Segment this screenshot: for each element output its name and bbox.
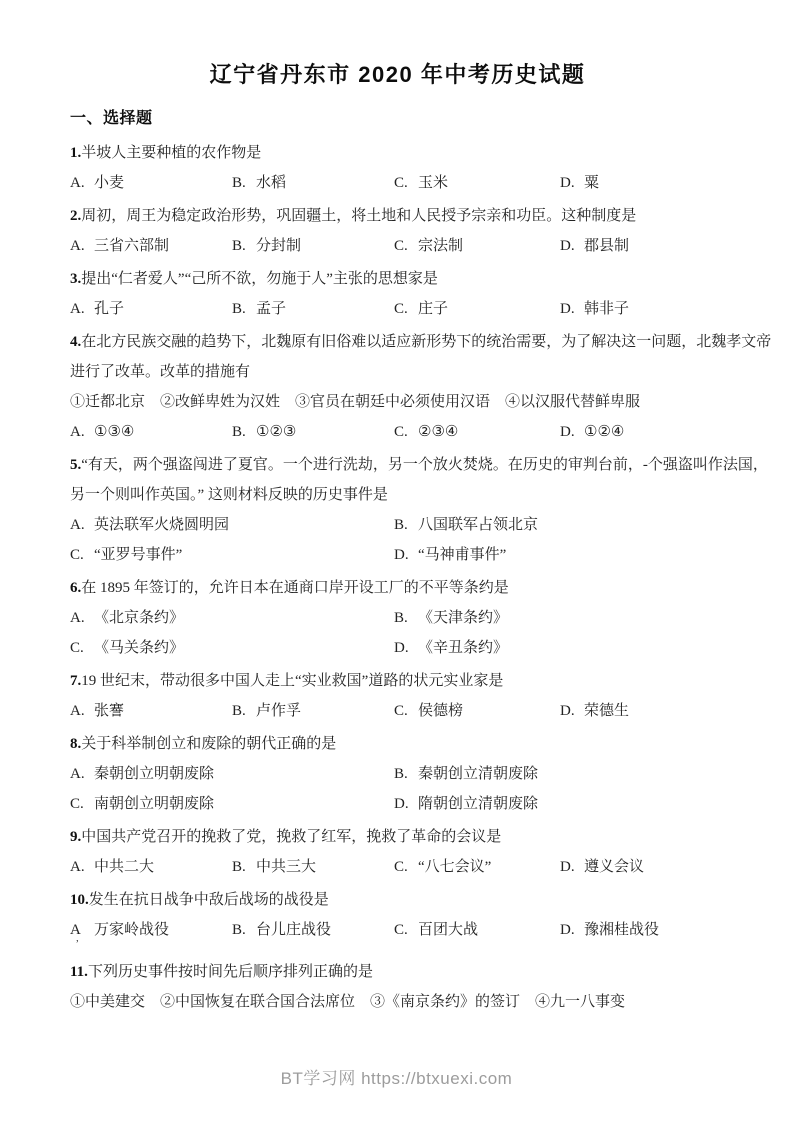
option-item: A万家岭战役 (70, 915, 232, 945)
option-item: B.①②③ (232, 417, 394, 447)
option-item: B.《天津条约》 (394, 603, 725, 633)
option-text: 豫湘桂战役 (584, 922, 659, 938)
option-item: C.宗法制 (394, 231, 560, 261)
option-item: D.《辛丑条约》 (394, 633, 725, 663)
option-key: B. (232, 915, 256, 945)
option-key: D. (394, 540, 418, 570)
option-text: 遵义会议 (584, 859, 644, 875)
option-item: A.小麦 (70, 168, 232, 198)
question: 11.下列历史事件按时间先后顺序排列正确的是①中美建交 ②中国恢复在联合国合法席… (70, 957, 725, 1017)
question-stem-line: 7.19 世纪末，带动很多中国人走上“实业救国”道路的状元实业家是 (70, 666, 725, 696)
option-item: D.豫湘桂战役 (560, 915, 725, 945)
option-text: 南朝创立明朝废除 (94, 796, 214, 812)
option-row: A.秦朝创立明朝废除B.秦朝创立清朝废除 (70, 759, 725, 789)
option-item: C.侯德榜 (394, 696, 560, 726)
question-number: 5. (70, 457, 81, 473)
question-stem-line: 4.在北方民族交融的趋势下，北魏原有旧俗难以适应新形势下的统治需要，为了解决这一… (70, 327, 725, 357)
option-item: D.荣德生 (560, 696, 725, 726)
option-row: C.《马关条约》D.《辛丑条约》 (70, 633, 725, 663)
question-stem-text: “有天，两个强盗闯进了夏官。一个进行洗劫，另一个放火焚烧。在历史的审判台前，-个… (81, 457, 768, 473)
option-text: 分封制 (256, 238, 301, 254)
question: 6.在 1895 年签订的，允许日本在通商口岸开设工厂的不平等条约是A.《北京条… (70, 573, 725, 663)
option-key: B. (232, 294, 256, 324)
option-key: C. (394, 915, 418, 945)
question-stem-text: 19 世纪末，带动很多中国人走上“实业救国”道路的状元实业家是 (81, 673, 503, 689)
option-row: C.“亚罗号事件”D.“马神甫事件” (70, 540, 725, 570)
option-row: A.《北京条约》B.《天津条约》 (70, 603, 725, 633)
option-key: B. (394, 510, 418, 540)
option-text: 水稻 (256, 175, 286, 191)
option-row: A.①③④B.①②③C.②③④D.①②④ (70, 417, 725, 447)
question: 8.关于科举制创立和废除的朝代正确的是A.秦朝创立明朝废除B.秦朝创立清朝废除C… (70, 729, 725, 819)
question-stem-line: 9.中国共产党召开的挽救了党，挽救了红军，挽救了革命的会议是 (70, 822, 725, 852)
option-text: 隋朝创立清朝废除 (418, 796, 538, 812)
option-row: C.南朝创立明朝废除D.隋朝创立清朝废除 (70, 789, 725, 819)
option-text: 张謇 (94, 703, 124, 719)
option-text: 《北京条约》 (94, 610, 184, 626)
option-item: B.秦朝创立清朝废除 (394, 759, 725, 789)
option-key: D. (560, 852, 584, 882)
option-key: A. (70, 696, 94, 726)
question: 9.中国共产党召开的挽救了党，挽救了红军，挽救了革命的会议是A.中共二大B.中共… (70, 822, 725, 882)
option-text: 宗法制 (418, 238, 463, 254)
question-stem-text: 发生在抗日战争中敌后战场的战役是 (89, 892, 329, 908)
option-key: D. (560, 915, 584, 945)
option-text: 中共三大 (256, 859, 316, 875)
option-key: C. (70, 540, 94, 570)
option-item: A.英法联军火烧圆明园 (70, 510, 394, 540)
question-stem-text: 下列历史事件按时间先后顺序排列正确的是 (88, 964, 373, 980)
option-key: C. (70, 789, 94, 819)
option-key: D. (394, 633, 418, 663)
option-item: A.秦朝创立明朝废除 (70, 759, 394, 789)
question-stem-line: 8.关于科举制创立和废除的朝代正确的是 (70, 729, 725, 759)
question: 5.“有天，两个强盗闯进了夏官。一个进行洗劫，另一个放火焚烧。在历史的审判台前，… (70, 450, 725, 570)
option-item: D.遵义会议 (560, 852, 725, 882)
option-text: 玉米 (418, 175, 448, 191)
stray-mark: , (76, 933, 79, 944)
option-key: A. (70, 759, 94, 789)
question-stem-line: 进行了改革。改革的措施有 (70, 357, 725, 387)
option-text: 台儿庄战役 (256, 922, 331, 938)
option-key: C. (394, 852, 418, 882)
option-text: 万家岭战役 (94, 922, 169, 938)
option-row: A.中共二大B.中共三大C.“八七会议”D.遵义会议 (70, 852, 725, 882)
option-item: B.中共三大 (232, 852, 394, 882)
option-item: D.郡县制 (560, 231, 725, 261)
option-text: 孟子 (256, 301, 286, 317)
option-item: C.百团大战 (394, 915, 560, 945)
option-item: D.韩非子 (560, 294, 725, 324)
option-item: C.“亚罗号事件” (70, 540, 394, 570)
option-item: C.庄子 (394, 294, 560, 324)
option-key: B. (232, 852, 256, 882)
option-key: B. (232, 417, 256, 447)
option-row: A万家岭战役B.台儿庄战役C.百团大战D.豫湘桂战役 (70, 915, 725, 945)
option-text: 百团大战 (418, 922, 478, 938)
option-text: 韩非子 (584, 301, 629, 317)
option-row: A.小麦B.水稻C.玉米D.粟 (70, 168, 725, 198)
question: 4.在北方民族交融的趋势下，北魏原有旧俗难以适应新形势下的统治需要，为了解决这一… (70, 327, 725, 447)
option-item: B.孟子 (232, 294, 394, 324)
option-item: B.卢作孚 (232, 696, 394, 726)
question-stem-text: 半坡人主要种植的农作物是 (81, 145, 261, 161)
option-item: A.三省六部制 (70, 231, 232, 261)
question-items-line: ①中美建交 ②中国恢复在联合国合法席位 ③《南京条约》的签订 ④九一八事变 (70, 987, 725, 1017)
option-key: B. (232, 231, 256, 261)
option-text: 粟 (584, 175, 599, 191)
option-key: A. (70, 417, 94, 447)
option-item: B.分封制 (232, 231, 394, 261)
question-number: 4. (70, 334, 81, 350)
question-stem-text: 在 1895 年签订的，允许日本在通商口岸开设工厂的不平等条约是 (81, 580, 509, 596)
option-text: “八七会议” (418, 859, 491, 875)
option-text: 庄子 (418, 301, 448, 317)
option-text: 孔子 (94, 301, 124, 317)
question-stem-text: 在北方民族交融的趋势下，北魏原有旧俗难以适应新形势下的统治需要，为了解决这一问题… (81, 334, 771, 350)
option-item: D.隋朝创立清朝废除 (394, 789, 725, 819)
option-key: B. (232, 696, 256, 726)
option-key: C. (394, 294, 418, 324)
option-item: B.台儿庄战役 (232, 915, 394, 945)
option-key: A. (70, 294, 94, 324)
option-item: A.《北京条约》 (70, 603, 394, 633)
footer-watermark: BT学习网 https://btxuexi.com (0, 1068, 793, 1090)
option-key: B. (394, 603, 418, 633)
option-key: D. (560, 294, 584, 324)
option-item: C.《马关条约》 (70, 633, 394, 663)
option-key: D. (560, 231, 584, 261)
option-item: D.①②④ (560, 417, 725, 447)
option-key: A. (70, 510, 94, 540)
option-text: 《马关条约》 (94, 640, 184, 656)
option-key: C. (394, 417, 418, 447)
option-text: 秦朝创立清朝废除 (418, 766, 538, 782)
option-item: D.粟 (560, 168, 725, 198)
option-text: 卢作孚 (256, 703, 301, 719)
option-key: D. (560, 417, 584, 447)
question-stem-text: 周初，周王为稳定政治形势，巩固疆土，将土地和人民授予宗亲和功臣。这种制度是 (81, 208, 636, 224)
question-stem-line: 11.下列历史事件按时间先后顺序排列正确的是 (70, 957, 725, 987)
option-key: C. (394, 168, 418, 198)
question-stem-line: 1.半坡人主要种植的农作物是 (70, 138, 725, 168)
option-key: C. (394, 231, 418, 261)
option-key: A. (70, 603, 94, 633)
option-item: A.张謇 (70, 696, 232, 726)
option-item: A.孔子 (70, 294, 232, 324)
option-text: 八国联军占领北京 (418, 517, 538, 533)
question: 2.周初，周王为稳定政治形势，巩固疆土，将土地和人民授予宗亲和功臣。这种制度是A… (70, 201, 725, 261)
option-text: 秦朝创立明朝废除 (94, 766, 214, 782)
option-item: C.“八七会议” (394, 852, 560, 882)
question-stem-line: 2.周初，周王为稳定政治形势，巩固疆土，将土地和人民授予宗亲和功臣。这种制度是 (70, 201, 725, 231)
option-text: 小麦 (94, 175, 124, 191)
option-item: B.水稻 (232, 168, 394, 198)
question-stem-line: 10.发生在抗日战争中敌后战场的战役是 (70, 885, 725, 915)
option-key: A. (70, 231, 94, 261)
option-text: ②③④ (418, 424, 458, 440)
option-item: A.中共二大 (70, 852, 232, 882)
question-stem-text: 关于科举制创立和废除的朝代正确的是 (81, 736, 336, 752)
page-content: 辽宁省丹东市 2020 年中考历史试题 一、选择题 1.半坡人主要种植的农作物是… (70, 58, 725, 1017)
option-text: 中共二大 (94, 859, 154, 875)
question-number: 11. (70, 964, 88, 980)
option-text: ①③④ (94, 424, 134, 440)
question-number: 1. (70, 145, 81, 161)
option-key: D. (394, 789, 418, 819)
question-stem-line: 6.在 1895 年签订的，允许日本在通商口岸开设工厂的不平等条约是 (70, 573, 725, 603)
page-title: 辽宁省丹东市 2020 年中考历史试题 (70, 58, 725, 92)
option-text: ①②④ (584, 424, 624, 440)
question-stem-line: 5.“有天，两个强盗闯进了夏官。一个进行洗劫，另一个放火焚烧。在历史的审判台前，… (70, 450, 725, 480)
option-item: A.①③④ (70, 417, 232, 447)
option-item: C.南朝创立明朝废除 (70, 789, 394, 819)
question: 3.提出“仁者爱人”“己所不欲，勿施于人”主张的思想家是A.孔子B.孟子C.庄子… (70, 264, 725, 324)
question-number: 9. (70, 829, 81, 845)
option-key: C. (394, 696, 418, 726)
question-stem-line: 3.提出“仁者爱人”“己所不欲，勿施于人”主张的思想家是 (70, 264, 725, 294)
question-number: 7. (70, 673, 81, 689)
option-text: 郡县制 (584, 238, 629, 254)
option-text: 英法联军火烧圆明园 (94, 517, 229, 533)
option-key: D. (560, 168, 584, 198)
exam-page: 辽宁省丹东市 2020 年中考历史试题 一、选择题 1.半坡人主要种植的农作物是… (0, 0, 793, 1122)
section-header: 一、选择题 (70, 104, 725, 134)
option-key: A. (70, 852, 94, 882)
option-text: 《辛丑条约》 (418, 640, 508, 656)
option-row: A.孔子B.孟子C.庄子D.韩非子 (70, 294, 725, 324)
question-number: 2. (70, 208, 81, 224)
option-item: B.八国联军占领北京 (394, 510, 725, 540)
question-stem-text: 提出“仁者爱人”“己所不欲，勿施于人”主张的思想家是 (81, 271, 438, 287)
question: 1.半坡人主要种植的农作物是A.小麦B.水稻C.玉米D.粟 (70, 138, 725, 198)
option-text: “亚罗号事件” (94, 547, 182, 563)
option-key: C. (70, 633, 94, 663)
option-row: A.三省六部制B.分封制C.宗法制D.郡县制 (70, 231, 725, 261)
option-item: C.②③④ (394, 417, 560, 447)
questions: 1.半坡人主要种植的农作物是A.小麦B.水稻C.玉米D.粟2.周初，周王为稳定政… (70, 138, 725, 1017)
option-item: C.玉米 (394, 168, 560, 198)
option-item: D.“马神甫事件” (394, 540, 725, 570)
option-key: D. (560, 696, 584, 726)
question-stem-line: 另一个则叫作英国。” 这则材料反映的历史事件是 (70, 480, 725, 510)
option-key: B. (232, 168, 256, 198)
question: 10.发生在抗日战争中敌后战场的战役是A万家岭战役B.台儿庄战役C.百团大战D.… (70, 885, 725, 945)
option-text: ①②③ (256, 424, 296, 440)
option-text: 荣德生 (584, 703, 629, 719)
question-items-line: ①迁都北京 ②改鲜卑姓为汉姓 ③官员在朝廷中必须使用汉语 ④以汉服代替鲜卑服 (70, 387, 725, 417)
option-key: B. (394, 759, 418, 789)
option-text: 三省六部制 (94, 238, 169, 254)
option-text: 《天津条约》 (418, 610, 508, 626)
option-row: A.张謇B.卢作孚C.侯德榜D.荣德生 (70, 696, 725, 726)
option-key: A (70, 915, 94, 945)
question: 7.19 世纪末，带动很多中国人走上“实业救国”道路的状元实业家是A.张謇B.卢… (70, 666, 725, 726)
question-stem-text: 中国共产党召开的挽救了党，挽救了红军，挽救了革命的会议是 (81, 829, 501, 845)
question-number: 10. (70, 892, 89, 908)
option-row: A.英法联军火烧圆明园B.八国联军占领北京 (70, 510, 725, 540)
option-text: 侯德榜 (418, 703, 463, 719)
question-number: 8. (70, 736, 81, 752)
option-key: A. (70, 168, 94, 198)
option-text: “马神甫事件” (418, 547, 506, 563)
question-number: 3. (70, 271, 81, 287)
question-number: 6. (70, 580, 81, 596)
